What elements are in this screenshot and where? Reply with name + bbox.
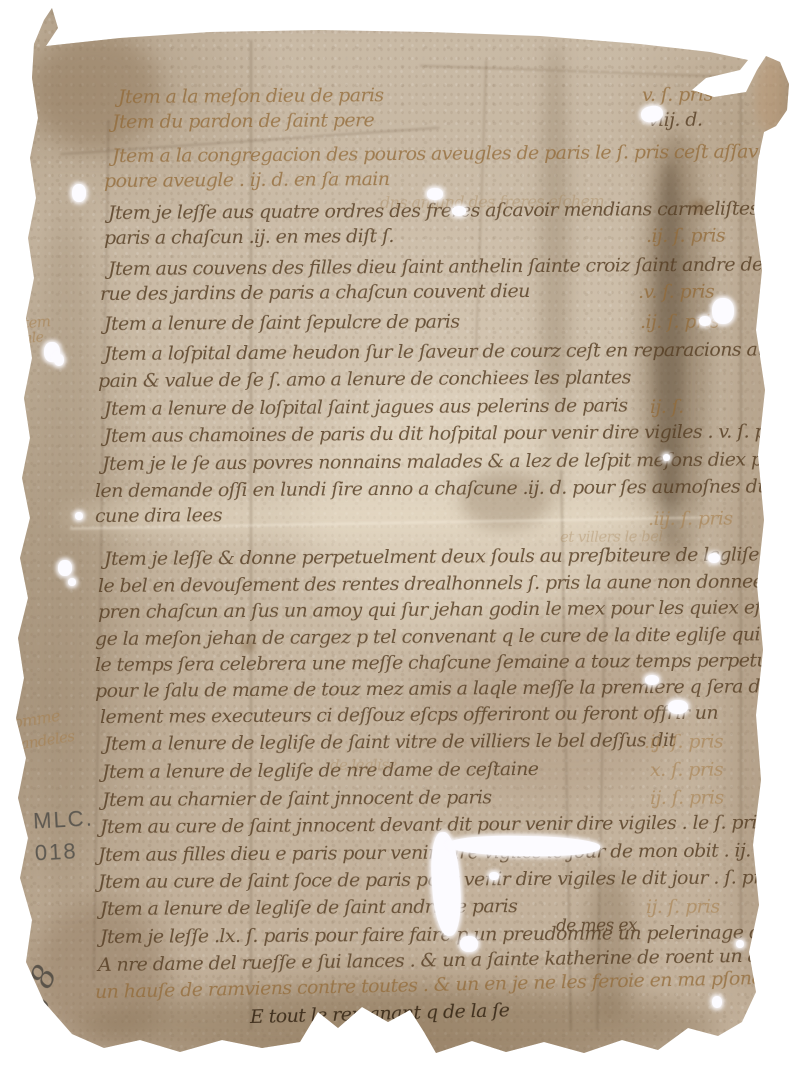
manuscript-line: Jtem je leſſe & donne perpetuelment deux… (104, 544, 800, 569)
manuscript-line: viij. d. (648, 111, 702, 130)
manuscript-line: ge la meſon jehan de cargez p tel conven… (95, 625, 800, 649)
manuscript-line: pren chaſcun an ſus un amoy qui ſur jeha… (98, 598, 800, 622)
manuscript-line: Jtem je le ſe aus povres nonnains malade… (102, 450, 800, 474)
manuscript-line: Jtem a lenure de loſpital ſaint jagues a… (104, 396, 628, 419)
manuscript-line: Jtem du pardon de ſaint pere (112, 111, 374, 132)
manuscript-line: le temps ſera celebrera une meſſe chaſcu… (95, 651, 800, 675)
manuscript-line: pain & value de ſe ſ. amo a lenure de co… (98, 368, 631, 391)
manuscript-line: Jtem je leſſe .lx. ſ. paris pour faire f… (100, 923, 800, 947)
manuscript-line: Jtem au cure de ſaint ſoce de paris pour… (98, 868, 776, 892)
manuscript-line: .v. ſ. pris (638, 282, 714, 302)
manuscript-line: Jtem au cure de ſaint jnnocent devant di… (100, 813, 800, 837)
manuscript-line: de leglise (330, 758, 397, 773)
manuscript-line: ſomme (7, 708, 61, 732)
photo-background: Jtem a la meſon dieu de parisv. ſ. prisJ… (0, 0, 800, 1070)
manuscript-line: Jtem aus couvens des filles dieu ſaint a… (108, 255, 784, 279)
manuscript-line: paris a chaſcun .ij. en mes diſt ſ. (104, 227, 394, 248)
manuscript-line: .iij. ſ. pris (648, 509, 733, 529)
shelfmark-pencil: MLC. 018 (32, 802, 96, 869)
pencil-scribble: ſʄ8 (8, 956, 67, 1023)
manuscript-line: ij. ſ. pris (650, 788, 724, 808)
manuscript-line: Jtem a la meſon dieu de paris (118, 86, 384, 107)
manuscript-line: Jtem a lenure de legliſe de nre dame de … (102, 760, 539, 782)
stain-patch (755, 55, 790, 135)
crease-line (420, 65, 720, 77)
manuscript-line: ij. ſ. (650, 398, 684, 417)
shelfmark-line2: 018 (34, 834, 96, 869)
parchment-hole (54, 354, 64, 366)
manuscript-line: rue des jardins de paris a chaſcun couve… (100, 282, 530, 304)
manuscript-line: .ij. ſ. pris (640, 312, 719, 332)
manuscript-line: dns amund des freres eſchem (380, 193, 604, 211)
manuscript-line: poure aveugle . ij. d. en ſa main (104, 170, 390, 191)
parchment-leaf: Jtem a la meſon dieu de parisv. ſ. prisJ… (0, 0, 800, 1070)
manuscript-line: Jtem a lenure de ſaint ſepulcre de paris (104, 313, 460, 334)
parchment-hole (75, 512, 83, 520)
parchment-hole (68, 578, 76, 586)
manuscript-line: Jtem a lenure de legliſe de ſaint andri … (100, 897, 517, 919)
shelfmark-line1: MLC. (32, 802, 94, 837)
manuscript-line: len demande oſſi en lundi ſire anno a ch… (95, 476, 800, 501)
parchment-hole (58, 560, 72, 576)
manuscript-line: Jtem a lenure de legliſe de ſaint vitre … (104, 731, 676, 754)
manuscript-line: .ij. ſ. pris (646, 226, 725, 246)
manuscript-line: Jtem a la congregacion des pouros aveugl… (112, 142, 800, 166)
manuscript-line: Jtem au charnier de ſaint jnnocent de pa… (102, 788, 492, 810)
manuscript-line: lement mes executeurs ci deſſouz eſcps o… (100, 704, 718, 727)
manuscript-line: x. ſ. pris (650, 760, 723, 780)
manuscript-line: Jtem a loſpital dame heudon ſur le ſaveu… (104, 340, 800, 364)
manuscript-line: v. ſ. pris (642, 86, 713, 105)
manuscript-line: .ij. ſ. pris (644, 732, 723, 752)
manuscript-line: chandeles (3, 729, 76, 755)
parchment-hole (712, 996, 722, 1008)
manuscript-line: E tout le remanant q de la ſe (250, 1001, 510, 1027)
manuscript-line: et villers le bel (560, 529, 663, 545)
manuscript-line: cune dira lees (95, 506, 222, 526)
stain-patch (540, 40, 570, 520)
manuscript-line: edrale (1, 330, 44, 348)
manuscript-line: le bel en devouſement des rentes drealho… (98, 572, 800, 596)
manuscript-line: Jtem aus chamoines de paris du dit hoſpi… (104, 422, 789, 446)
parchment-hole (72, 184, 86, 202)
manuscript-line: pour le ſalu de mame de touz mez amis a … (95, 677, 800, 701)
manuscript-line: ij. ſ. pris (646, 897, 720, 917)
stain-patch (20, 200, 110, 900)
manuscript-line: Jtem aus filles dieu e paris pour venir … (98, 841, 800, 865)
stain-patch (585, 870, 635, 1020)
parchment-hole (44, 342, 60, 362)
